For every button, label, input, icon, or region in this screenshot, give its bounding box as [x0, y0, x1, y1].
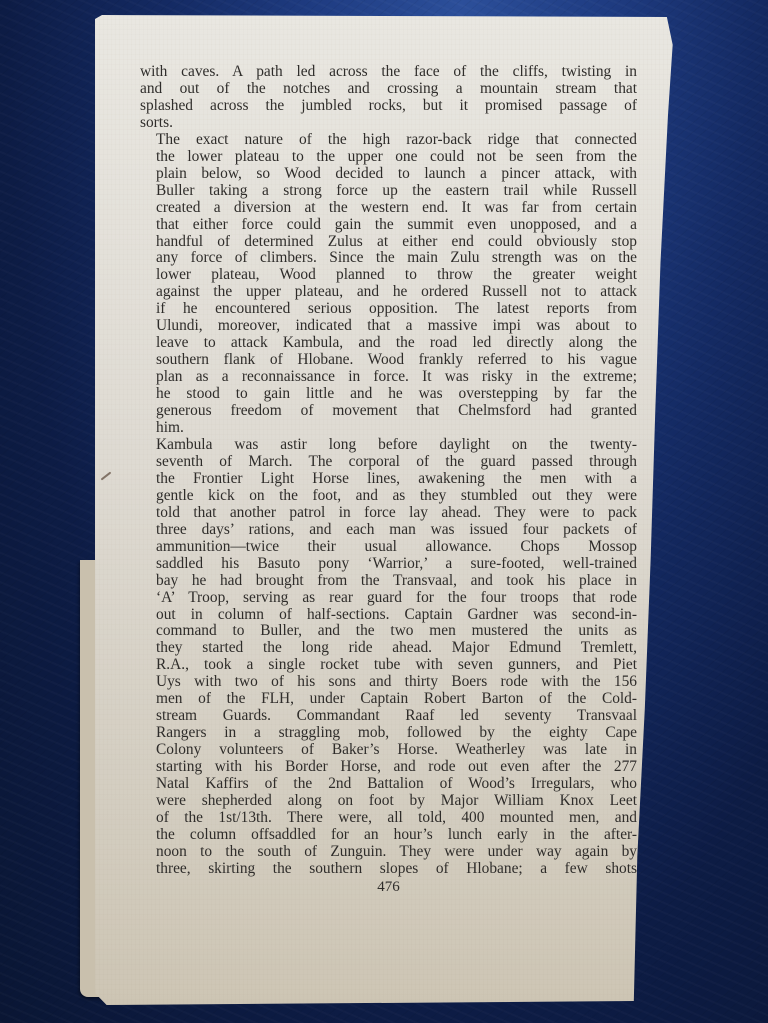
text-line: command to Buller, and the two men muste…	[140, 623, 637, 640]
text-line: were shepherded along on foot by Major W…	[140, 793, 637, 810]
text-line: three, skirting the southern slopes of H…	[140, 861, 637, 878]
text-line: plain below, so Wood decided to launch a…	[140, 166, 637, 183]
text-line: told that another patrol in force lay ah…	[140, 505, 637, 522]
text-line: they started the long ride ahead. Major …	[140, 640, 637, 657]
text-line: ‘A’ Troop, serving as rear guard for the…	[140, 590, 637, 607]
text-line: generous freedom of movement that Chelms…	[140, 403, 637, 420]
text-line: and out of the notches and crossing a mo…	[140, 81, 637, 98]
text-line: him.	[140, 420, 637, 437]
text-line: Uys with two of his sons and thirty Boer…	[140, 674, 637, 691]
text-line: of the 1st/13th. There were, all told, 4…	[140, 810, 637, 827]
text-line: Ulundi, moreover, indicated that a massi…	[140, 318, 637, 335]
text-line: out in column of half-sections. Captain …	[140, 607, 637, 624]
text-line: men of the FLH, under Captain Robert Bar…	[140, 691, 637, 708]
text-line: handful of determined Zulus at either en…	[140, 234, 637, 251]
text-line: sorts.	[140, 115, 637, 132]
text-line: against the upper plateau, and he ordere…	[140, 284, 637, 301]
text-line: The exact nature of the high razor-back …	[140, 132, 637, 149]
text-line: ammunition—twice their usual allowance. …	[140, 539, 637, 556]
text-line: starting with his Border Horse, and rode…	[140, 759, 637, 776]
text-line: bay he had brought from the Transvaal, a…	[140, 573, 637, 590]
text-line: the Frontier Light Horse lines, awakenin…	[140, 471, 637, 488]
text-line: seventh of March. The corporal of the gu…	[140, 454, 637, 471]
text-line: the column offsaddled for an hour’s lunc…	[140, 827, 637, 844]
text-line: noon to the south of Zunguin. They were …	[140, 844, 637, 861]
text-line: gentle kick on the foot, and as they stu…	[140, 488, 637, 505]
text-line: southern flank of Hlobane. Wood frankly …	[140, 352, 637, 369]
text-line: saddled his Basuto pony ‘Warrior,’ a sur…	[140, 556, 637, 573]
text-line: if he encountered serious opposition. Th…	[140, 301, 637, 318]
text-line: leave to attack Kambula, and the road le…	[140, 335, 637, 352]
body-text: with caves. A path led across the face o…	[140, 64, 637, 878]
paragraph: with caves. A path led across the face o…	[140, 64, 637, 132]
text-line: three days’ rations, and each man was is…	[140, 522, 637, 539]
text-line: plan as a reconnaissance in force. It wa…	[140, 369, 637, 386]
text-line: any force of climbers. Since the main Zu…	[140, 250, 637, 267]
text-line: Rangers in a straggling mob, followed by…	[140, 725, 637, 742]
book-page: with caves. A path led across the face o…	[95, 15, 675, 1005]
text-line: Colony volunteers of Baker’s Horse. Weat…	[140, 742, 637, 759]
text-line: created a diversion at the western end. …	[140, 200, 637, 217]
text-line: the lower plateau to the upper one could…	[140, 149, 637, 166]
text-line: lower plateau, Wood planned to throw the…	[140, 267, 637, 284]
page-number: 476	[140, 879, 637, 896]
text-line: stream Guards. Commandant Raaf led seven…	[140, 708, 637, 725]
text-line: with caves. A path led across the face o…	[140, 64, 637, 81]
text-line: Buller taking a strong force up the east…	[140, 183, 637, 200]
paragraph: The exact nature of the high razor-back …	[140, 132, 637, 437]
text-line: R.A., took a single rocket tube with sev…	[140, 657, 637, 674]
text-line: that either force could gain the summit …	[140, 217, 637, 234]
text-line: he stood to gain little and he was overs…	[140, 386, 637, 403]
text-line: Natal Kaffirs of the 2nd Battalion of Wo…	[140, 776, 637, 793]
text-line: Kambula was astir long before daylight o…	[140, 437, 637, 454]
paragraph: Kambula was astir long before daylight o…	[140, 437, 637, 878]
text-line: splashed across the jumbled rocks, but i…	[140, 98, 637, 115]
